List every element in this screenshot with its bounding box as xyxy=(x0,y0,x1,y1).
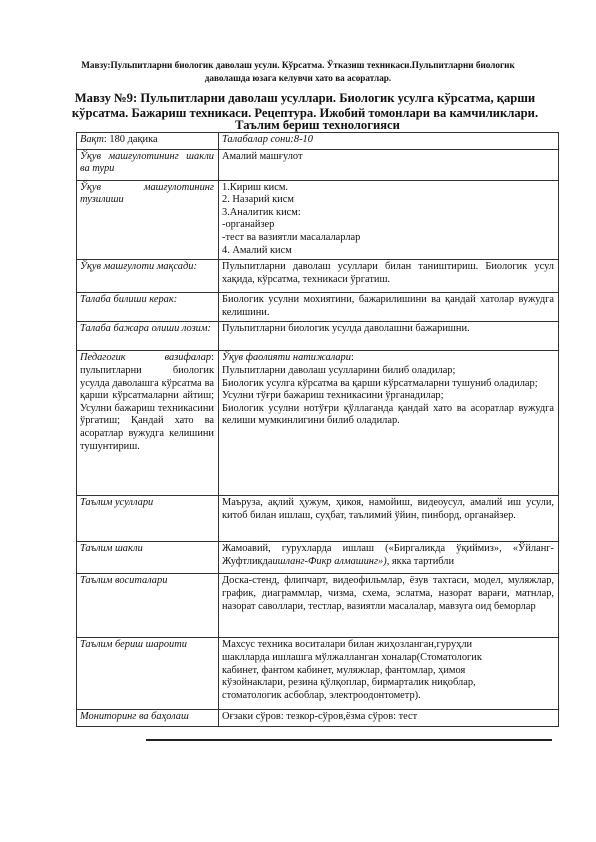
task-item: пульпитларни биологик усулда даволашга к… xyxy=(80,365,214,401)
list-item: -органайзер xyxy=(222,219,554,232)
value-line: кўзойнаклари, резина қўлқоплар, бирмарта… xyxy=(222,677,554,690)
row-value: Пульпитларни биологик усулда даволашни б… xyxy=(219,322,559,351)
result-item: Биологик усулни нотўғри қўллаганда қанда… xyxy=(222,403,554,428)
row-label: Ўқув машғулотининг шакли ва тури xyxy=(77,149,219,180)
table-row: Таълим шакли Жамоавий, гурухларда ишлаш … xyxy=(77,542,559,574)
row-label: Мониторинг ва баҳолаш xyxy=(77,710,219,727)
lesson-plan-table: Вақт: 180 дақика Талабалар сони:8-10 Ўқу… xyxy=(76,132,559,727)
value-line: Махсус техника воситалари билан жиҳозлан… xyxy=(222,639,554,652)
learning-results-cell: Ўқув фаолияти натижалари: Пульпитларни д… xyxy=(219,351,559,496)
footer-rule xyxy=(146,739,552,741)
students-cell: Талабалар сони:8-10 xyxy=(219,133,559,150)
result-item: Биологик усулга кўрсатма ва қарши кўрсат… xyxy=(222,378,554,391)
row-label: Таълим усуллари xyxy=(77,496,219,542)
page-title: Мавзу №9: Пульпитларни даволаш усуллари.… xyxy=(70,91,540,120)
list-item: 3.Аналитик кисм: xyxy=(222,207,554,220)
result-item: Пульпитларни даволаш усулларини билиб ол… xyxy=(222,365,554,378)
time-value: : 180 дақика xyxy=(104,134,158,145)
row-label: Ўқув машғулотининг тузилиши xyxy=(77,180,219,260)
result-item: Усулни тўғри бажариш техникасини ўрганад… xyxy=(222,390,554,403)
row-value: Амалий машғулот xyxy=(219,149,559,180)
table-row: Вақт: 180 дақика Талабалар сони:8-10 xyxy=(77,133,559,150)
row-label: Таълим шакли xyxy=(77,542,219,574)
row-label: Таълим бериш шароити xyxy=(77,638,219,710)
row-value: Жамоавий, гурухларда ишлаш («Биргаликда … xyxy=(219,542,559,574)
table-row: Педагогик вазифалар: пульпитларни биолог… xyxy=(77,351,559,496)
value-line: стоматологик асбоблар, электроодонтометр… xyxy=(222,690,554,703)
table-row: Таълим бериш шароити Махсус техника воси… xyxy=(77,638,559,710)
list-item: 4. Амалий кисм xyxy=(222,245,554,258)
row-value: 1.Кириш кисм. 2. Назарий кисм 3.Аналитик… xyxy=(219,180,559,260)
table-row: Мониторинг ва баҳолаш Оғзаки сўров: тезк… xyxy=(77,710,559,727)
table-row: Талаба бажара олиши лозим: Пульпитларни … xyxy=(77,322,559,351)
results-label: Ўқув фаолияти натижалари xyxy=(222,352,351,363)
row-value: Махсус техника воситалари билан жиҳозлан… xyxy=(219,638,559,710)
list-item: 1.Кириш кисм. xyxy=(222,182,554,195)
table-row: Таълим воситалари Доска-стенд, флипчарт,… xyxy=(77,574,559,638)
value-part: , якка тартибли xyxy=(387,556,454,567)
table-row: Талаба билиши керак: Биологик усулни мох… xyxy=(77,293,559,322)
row-value: Оғзаки сўров: тезкор-сўров,ёзма сўров: т… xyxy=(219,710,559,727)
table-row: Ўқув машғулотининг тузилиши 1.Кириш кисм… xyxy=(77,180,559,260)
value-part: ишланг-Фикр алмашинг») xyxy=(272,556,386,567)
row-value: Доска-стенд, флипчарт, видеофильмлар, ёз… xyxy=(219,574,559,638)
row-label: Ўқув машғулоти мақсади: xyxy=(77,260,219,293)
value-line: шаклларда ишлашга мўлжалланган хоналар(С… xyxy=(222,652,554,665)
time-label: Вақт xyxy=(80,134,104,145)
tasks-label: Педагогик вазифалар xyxy=(80,352,211,363)
topic-line: Мавзу:Пульпитларни биологик даволаш усул… xyxy=(60,59,536,84)
table-row: Ўқув машғулоти мақсади: Пульпитларни дав… xyxy=(77,260,559,293)
row-label: Таълим воситалари xyxy=(77,574,219,638)
time-cell: Вақт: 180 дақика xyxy=(77,133,219,150)
row-value: Биологик усулни мохиятини, бажарилишини … xyxy=(219,293,559,322)
row-value: Пульпитларни даволаш усуллари билан тани… xyxy=(219,260,559,293)
value-line: кабинет, фантом кабинет, муляжлар, фанто… xyxy=(222,665,554,678)
table-row: Ўқув машғулотининг шакли ва тури Амалий … xyxy=(77,149,559,180)
list-item: -тест ва вазиятли масалаларлар xyxy=(222,232,554,245)
page-subtitle: Таълим бериш технологияси xyxy=(76,119,559,132)
pedagogic-tasks-cell: Педагогик вазифалар: пульпитларни биолог… xyxy=(77,351,219,496)
row-value: Маъруза, ақлий ҳужум, ҳикоя, намойиш, ви… xyxy=(219,496,559,542)
row-label: Талаба билиши керак: xyxy=(77,293,219,322)
table-row: Таълим усуллари Маъруза, ақлий ҳужум, ҳи… xyxy=(77,496,559,542)
row-label: Талаба бажара олиши лозим: xyxy=(77,322,219,351)
list-item: 2. Назарий кисм xyxy=(222,194,554,207)
